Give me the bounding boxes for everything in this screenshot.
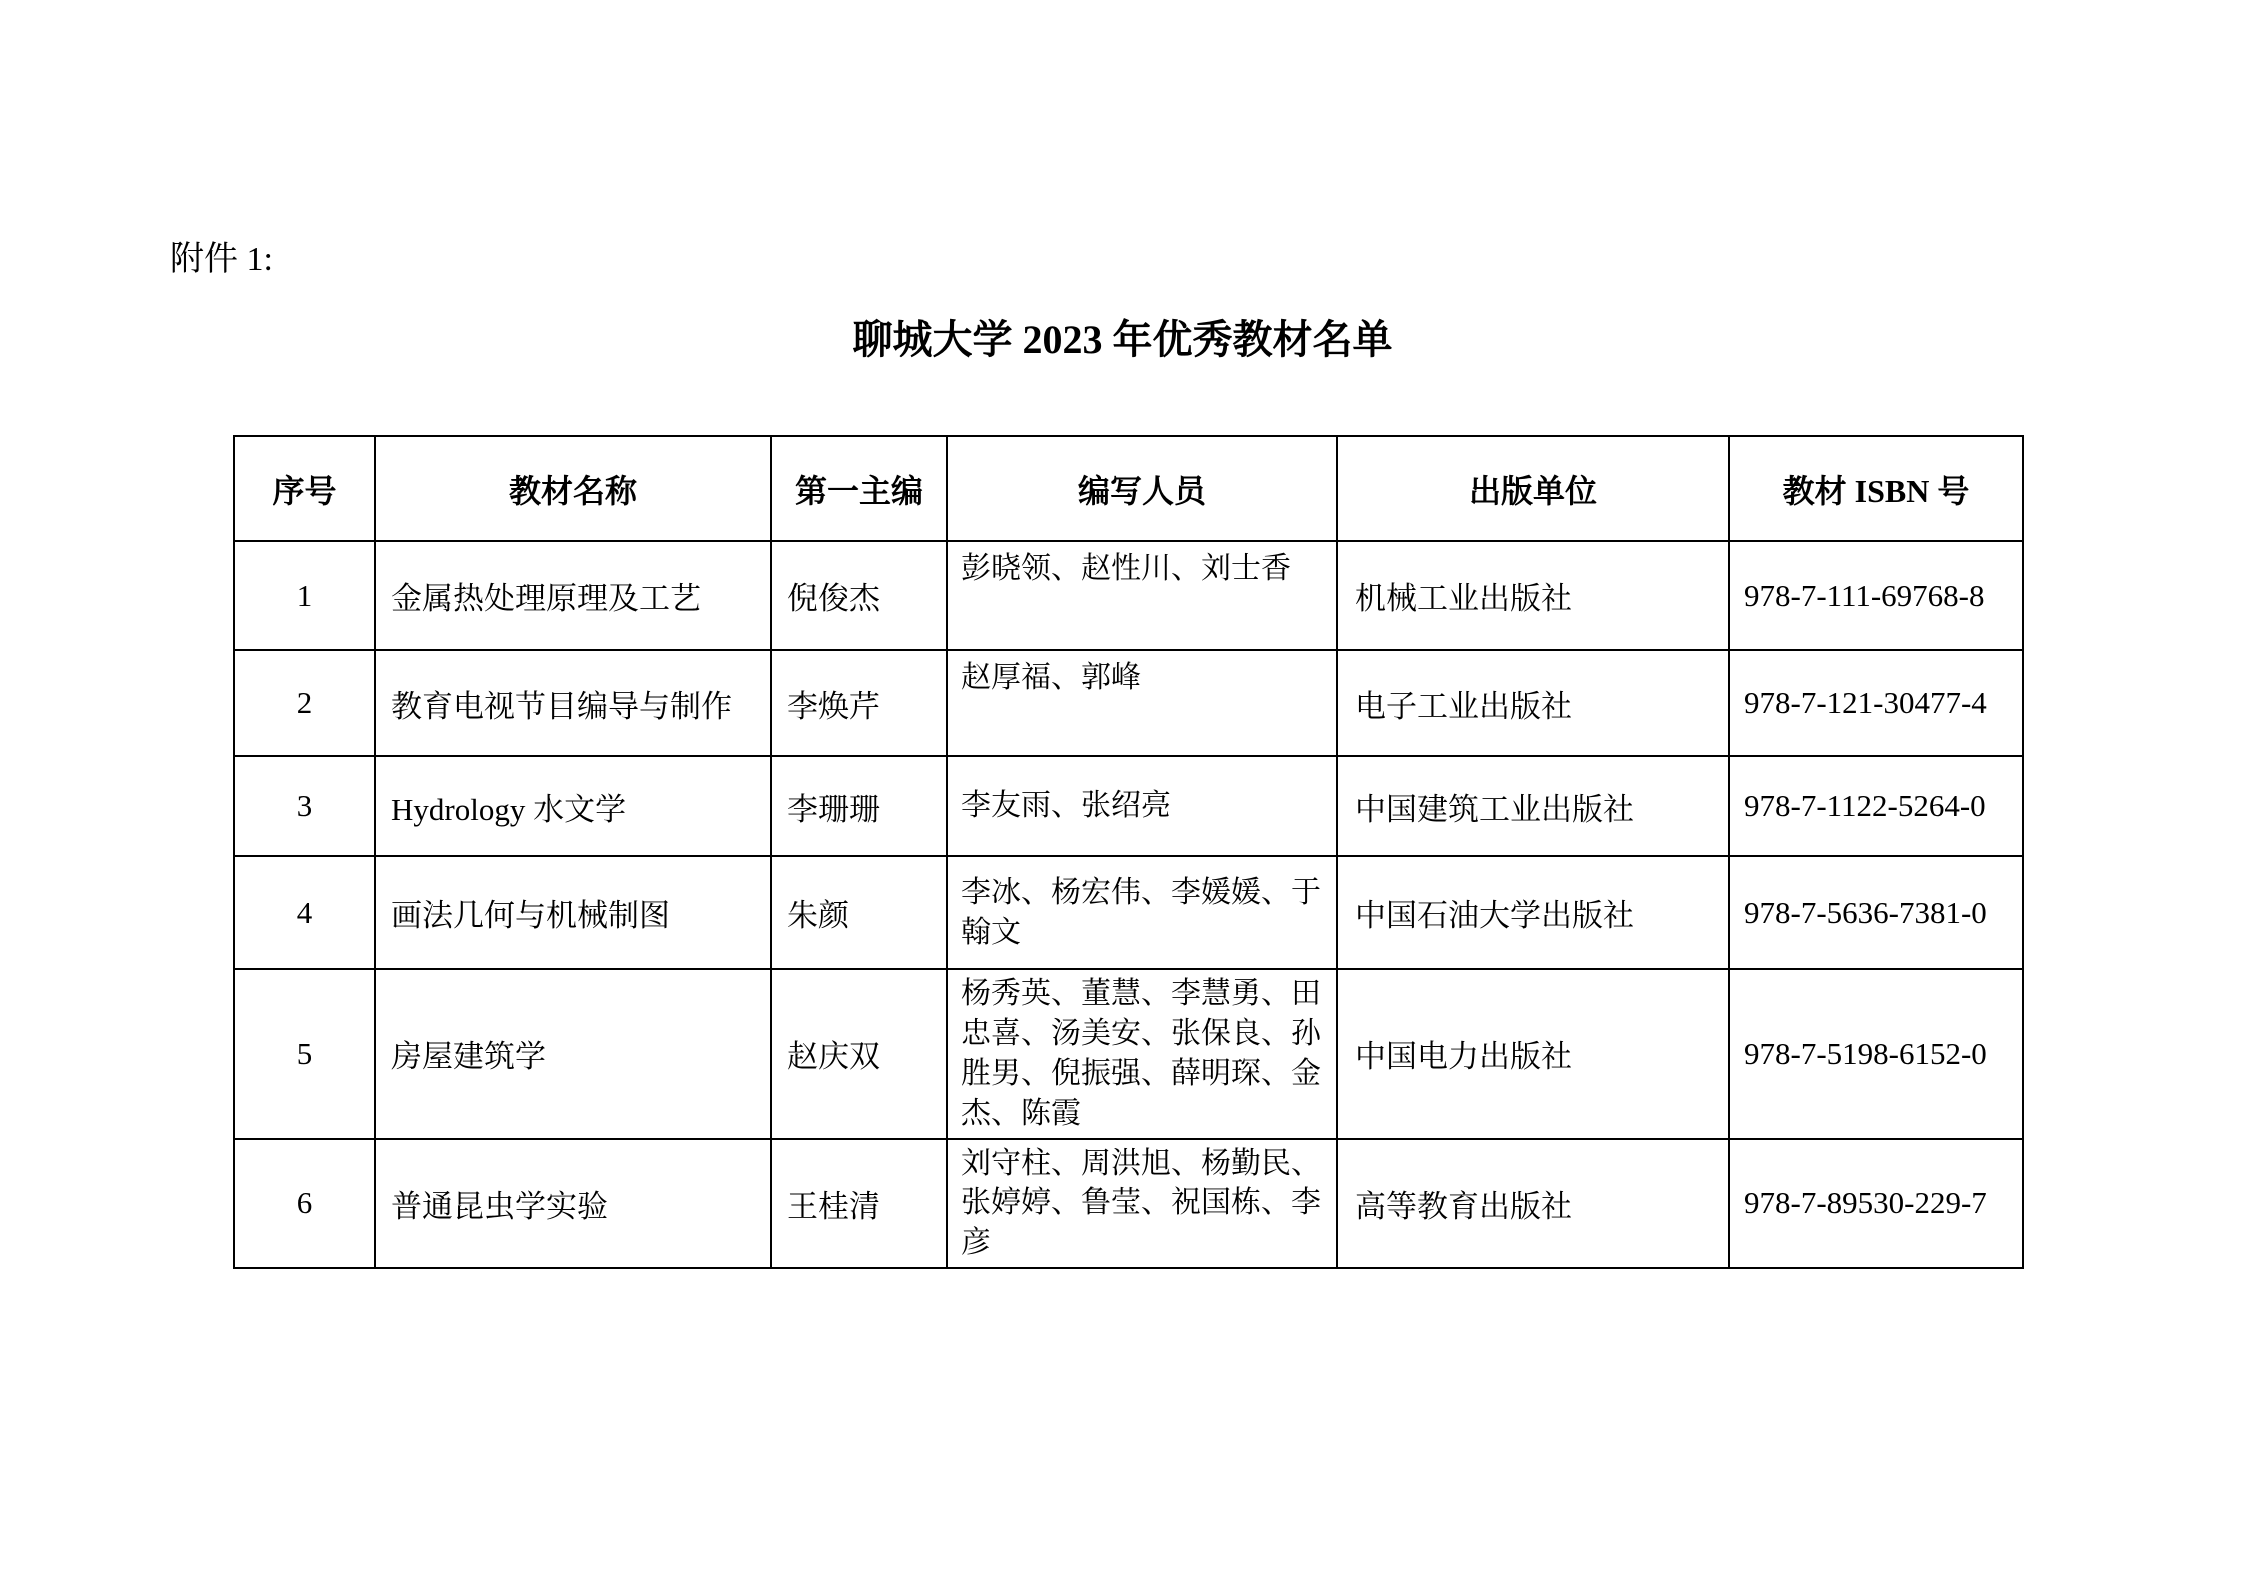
column-header-chief-editor: 第一主编 [771,436,947,541]
cell-writers: 杨秀英、董慧、李慧勇、田忠喜、汤美安、张保良、孙胜男、倪振强、薛明琛、金杰、陈霞 [947,969,1337,1139]
cell-isbn: 978-7-5636-7381-0 [1729,856,2023,969]
cell-isbn: 978-7-89530-229-7 [1729,1139,2023,1269]
table-row: 5房屋建筑学赵庆双杨秀英、董慧、李慧勇、田忠喜、汤美安、张保良、孙胜男、倪振强、… [234,969,2023,1139]
table-body: 1金属热处理原理及工艺倪俊杰彭晓领、赵性川、刘士香机械工业出版社978-7-11… [234,541,2023,1268]
cell-publisher: 电子工业出版社 [1337,650,1729,756]
column-header-no: 序号 [234,436,375,541]
cell-no: 4 [234,856,375,969]
table-header-row: 序号教材名称第一主编编写人员出版单位教材 ISBN 号 [234,436,2023,541]
cell-name: 教育电视节目编导与制作 [375,650,771,756]
cell-name: 画法几何与机械制图 [375,856,771,969]
column-header-publisher: 出版单位 [1337,436,1729,541]
cell-chief-editor: 朱颜 [771,856,947,969]
cell-publisher: 高等教育出版社 [1337,1139,1729,1269]
cell-name: 房屋建筑学 [375,969,771,1139]
cell-chief-editor: 倪俊杰 [771,541,947,650]
cell-writers: 彭晓领、赵性川、刘士香 [947,541,1337,650]
page-title: 聊城大学 2023 年优秀教材名单 [0,316,2245,364]
cell-writers: 李冰、杨宏伟、李媛媛、于翰文 [947,856,1337,969]
cell-isbn: 978-7-1122-5264-0 [1729,756,2023,856]
cell-publisher: 机械工业出版社 [1337,541,1729,650]
cell-no: 5 [234,969,375,1139]
cell-publisher: 中国石油大学出版社 [1337,856,1729,969]
cell-publisher: 中国电力出版社 [1337,969,1729,1139]
table-row: 4画法几何与机械制图朱颜李冰、杨宏伟、李媛媛、于翰文中国石油大学出版社978-7… [234,856,2023,969]
attachment-label: 附件 1: [170,240,273,281]
cell-name: 金属热处理原理及工艺 [375,541,771,650]
cell-no: 6 [234,1139,375,1269]
cell-publisher: 中国建筑工业出版社 [1337,756,1729,856]
column-header-writers: 编写人员 [947,436,1337,541]
cell-chief-editor: 王桂清 [771,1139,947,1269]
cell-chief-editor: 李焕芹 [771,650,947,756]
cell-name: 普通昆虫学实验 [375,1139,771,1269]
table-row: 1金属热处理原理及工艺倪俊杰彭晓领、赵性川、刘士香机械工业出版社978-7-11… [234,541,2023,650]
cell-chief-editor: 李珊珊 [771,756,947,856]
cell-no: 3 [234,756,375,856]
cell-isbn: 978-7-111-69768-8 [1729,541,2023,650]
column-header-name: 教材名称 [375,436,771,541]
cell-writers: 赵厚福、郭峰 [947,650,1337,756]
cell-writers: 李友雨、张绍亮 [947,756,1337,856]
cell-no: 1 [234,541,375,650]
document-page: 附件 1: 聊城大学 2023 年优秀教材名单 序号教材名称第一主编编写人员出版… [0,0,2245,1587]
table-row: 3Hydrology 水文学李珊珊李友雨、张绍亮中国建筑工业出版社978-7-1… [234,756,2023,856]
cell-no: 2 [234,650,375,756]
table-row: 6普通昆虫学实验王桂清刘守柱、周洪旭、杨勤民、张婷婷、鲁莹、祝国栋、李彦高等教育… [234,1139,2023,1269]
cell-isbn: 978-7-121-30477-4 [1729,650,2023,756]
column-header-isbn: 教材 ISBN 号 [1729,436,2023,541]
table-row: 2教育电视节目编导与制作李焕芹赵厚福、郭峰电子工业出版社978-7-121-30… [234,650,2023,756]
cell-isbn: 978-7-5198-6152-0 [1729,969,2023,1139]
cell-name: Hydrology 水文学 [375,756,771,856]
textbook-table: 序号教材名称第一主编编写人员出版单位教材 ISBN 号 1金属热处理原理及工艺倪… [233,435,2024,1269]
cell-chief-editor: 赵庆双 [771,969,947,1139]
cell-writers: 刘守柱、周洪旭、杨勤民、张婷婷、鲁莹、祝国栋、李彦 [947,1139,1337,1269]
